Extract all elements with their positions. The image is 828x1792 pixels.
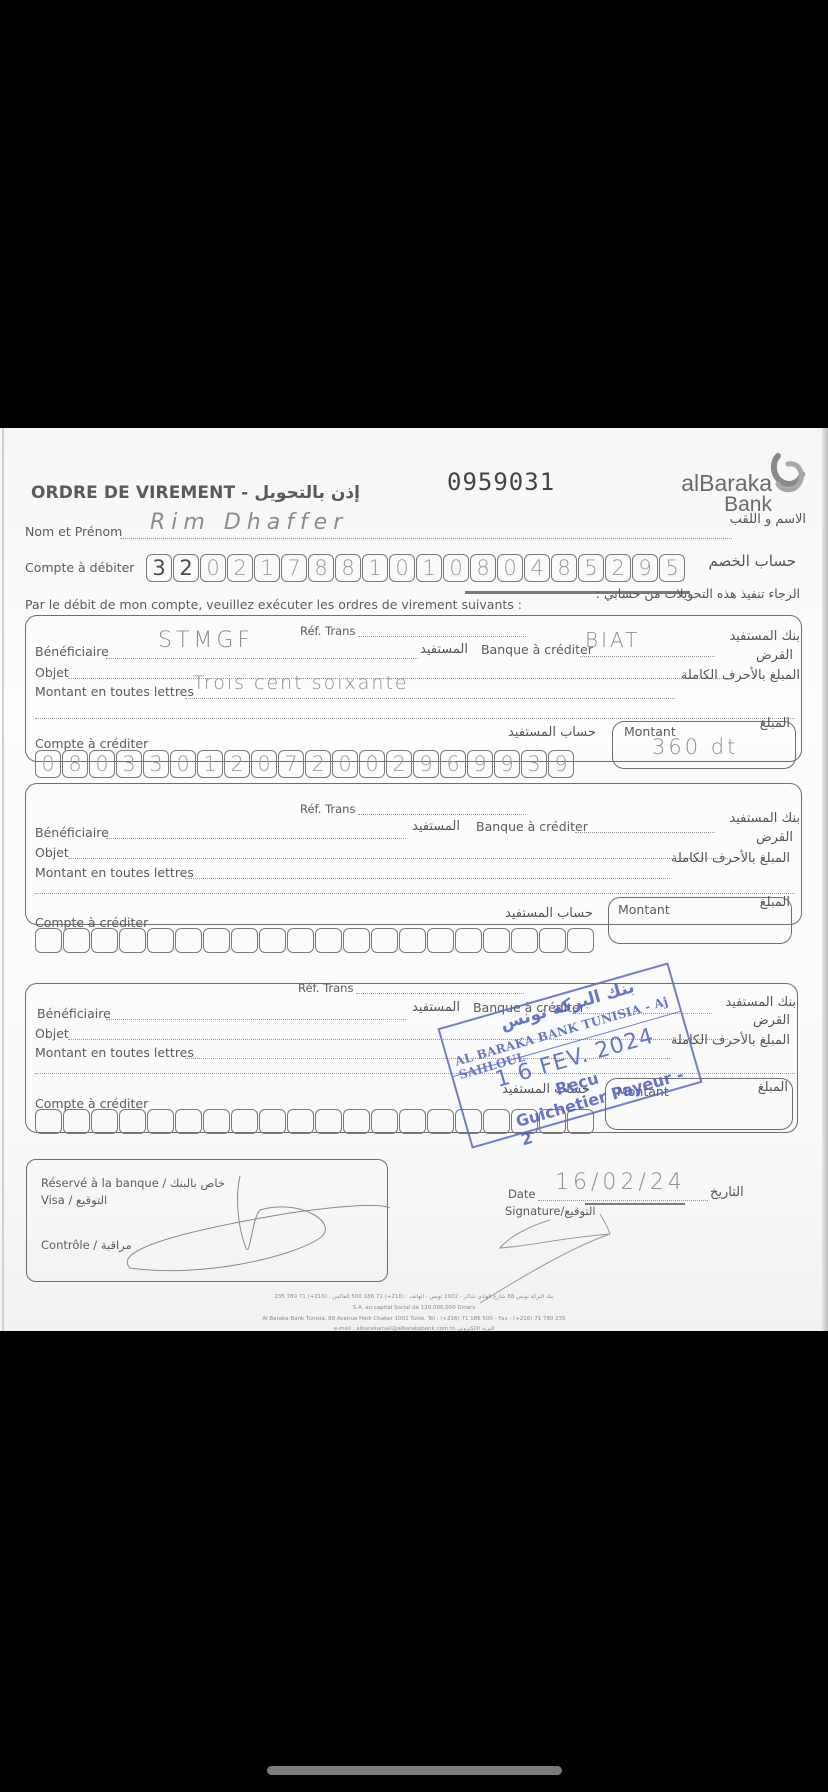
form-title: ORDRE DE VIREMENT - إذن بالتحويل [31,483,360,503]
digit-box: 0 [35,750,61,778]
digit-box [287,928,314,953]
digit-box: 9 [467,750,493,778]
digit-box: 8 [335,554,361,582]
amount-words-label-ar-2: المبلغ بالأحرف الكاملة [671,851,790,866]
credit-account-label-1: Compte à créditer [35,736,148,751]
digit-box: 1 [254,554,280,582]
bank-label-1: Banque à créditer [481,642,593,657]
digit-box [399,928,426,953]
albaraka-logo-icon [770,452,806,496]
name-label-ar: الاسم و اللقب [730,512,806,527]
ref-trans-label-1: Réf. Trans [300,624,355,638]
beneficiary-label-3: Bénéficiaire [37,1006,111,1021]
digit-box: 8 [62,750,88,778]
digit-box: 1 [416,554,442,582]
scanned-transfer-order: ORDRE DE VIREMENT - إذن بالتحويل 0959031… [0,428,828,1331]
digit-box [147,1109,174,1134]
digit-box: 1 [197,750,223,778]
amount-words-line2-2 [35,893,795,894]
digit-box: 5 [578,554,604,582]
ref-trans-line-2 [358,814,526,815]
amount-words-line-1 [185,698,675,699]
digit-box: 3 [146,554,172,582]
digit-box: 2 [386,750,412,778]
bank-label-ar-1: بنك المستفيد [729,629,800,644]
digit-box: 5 [659,554,685,582]
beneficiary-line-1 [106,658,418,659]
object-label-3: Objet [35,1026,69,1041]
digit-box: 8 [470,554,496,582]
digit-box [175,1109,202,1134]
ref-trans-line-3 [356,993,524,994]
date-label-ar: التاريخ [710,1185,744,1200]
digit-box: 2 [305,750,331,778]
digit-box [315,928,342,953]
beneficiary-line-2 [106,838,406,839]
beneficiary-label-ar-1: المستفيد [420,642,468,657]
credit-account-boxes-1: 08033012072002969939 [35,750,574,778]
beneficiary-label-ar-2: المستفيد [412,819,460,834]
digit-box: 2 [227,554,253,582]
debit-account-label: Compte à débiter [25,560,134,575]
credit-account-label-ar-2: حساب المستفيد [505,906,593,921]
digit-box [203,928,230,953]
client-signature [470,1208,640,1308]
form-title-fr: ORDRE DE VIREMENT - [31,483,248,503]
amount-words-line-2 [185,878,670,879]
bank-line-1 [580,656,715,657]
digit-box [483,928,510,953]
digit-box: 2 [173,554,199,582]
digit-box: 8 [551,554,577,582]
digit-box [371,1109,398,1134]
digit-box: 0 [170,750,196,778]
beneficiary-label-2: Bénéficiaire [35,825,109,840]
amount-words-line2-1 [35,718,795,719]
footer-line-2: S.A. au capital Social de 120.000.000 Di… [0,1305,828,1311]
digit-box [343,1109,370,1134]
digit-box [147,928,174,953]
amount-label-2: Montant [618,902,670,917]
object-label-2: Objet [35,845,69,860]
amount-words-label-2: Montant en toutes lettres [35,865,194,880]
digit-box: 0 [497,554,523,582]
visa-signature [120,1168,400,1278]
digit-box [427,928,454,953]
digit-box: 0 [359,750,385,778]
digit-box [231,928,258,953]
digit-box: 7 [281,554,307,582]
digit-box [343,928,370,953]
footer-line-4: e-mail : albarakamail@albarakabank.com.t… [0,1326,828,1331]
digit-box [399,1109,426,1134]
digit-box: 0 [200,554,226,582]
digit-box [175,928,202,953]
form-title-ar: إذن بالتحويل [254,483,360,503]
date-underline [585,1203,685,1205]
digit-box: 9 [632,554,658,582]
digit-box: 0 [443,554,469,582]
digit-box [63,1109,90,1134]
object-label-1: Objet [35,665,69,680]
bank-label-ar-3: بنك المستفيد [725,995,796,1010]
control-label: Contrôle / مراقبة [41,1238,132,1252]
ref-trans-label-3: Réf. Trans [298,981,353,995]
digit-box: 2 [605,554,631,582]
digit-box: 7 [278,750,304,778]
beneficiary-line-3 [106,1019,406,1020]
bank-line-2 [575,832,715,833]
beneficiary-label-ar-3: المستفيد [412,1000,460,1015]
digit-box: 8 [308,554,334,582]
digit-box: 0 [251,750,277,778]
amount-words-value-1: Trois cent soixante [193,672,409,694]
digit-box: 1 [362,554,388,582]
digit-box [539,928,566,953]
digit-box [35,1109,62,1134]
amount-words-label-1: Montant en toutes lettres [35,684,194,699]
digit-box [259,928,286,953]
digit-box [315,1109,342,1134]
date-line [538,1200,708,1201]
serial-number: 0959031 [447,468,555,496]
credit-account-label-ar-1: حساب المستفيد [508,725,596,740]
amount-label-ar-1: المبلغ [760,716,790,731]
digit-box: 3 [143,750,169,778]
digit-box [427,1109,454,1134]
digit-box: 9 [494,750,520,778]
page-edge [2,428,4,1331]
digit-box [511,928,538,953]
amount-label-ar-2: المبلغ [760,895,790,910]
date-label: Date [508,1187,536,1201]
bank-label-ar-2: بنك المستفيد [729,811,800,826]
digit-box [371,928,398,953]
footer-line-3: Al Baraka Bank Tunisia, 88 Avenue Hédi C… [0,1316,828,1322]
digit-box: 3 [521,750,547,778]
amount-words-label-ar-1: المبلغ بالأحرف الكاملة [681,668,800,683]
credit-account-boxes-2 [35,928,594,953]
digit-box [91,928,118,953]
beneficiary-value-1: STMGF [158,628,254,653]
digit-box: 2 [224,750,250,778]
digit-box: 9 [548,750,574,778]
instruction-fr: Par le débit de mon compte, veuillez exé… [25,597,522,612]
digit-box [455,928,482,953]
digit-box [203,1109,230,1134]
digit-box [35,928,62,953]
digit-box: 3 [116,750,142,778]
visa-label: Visa / التوقيع [41,1193,107,1207]
beneficiary-label-1: Bénéficiaire [35,644,109,659]
digit-box [119,928,146,953]
digit-box: 9 [413,750,439,778]
debit-account-boxes: 32021788101080485295 [146,554,685,582]
digit-box [119,1109,146,1134]
digit-box: 6 [440,750,466,778]
date-value: 16/02/24 [555,1170,686,1195]
object-label-ar-3: القرض [753,1013,790,1028]
digit-box [567,928,594,953]
bank-logo-text: alBaraka Bank [681,472,772,516]
object-label-ar-2: القرض [756,830,793,845]
instruction-ar: الرجاء تنفيذ هذه التحويلات من حسابي : [596,586,800,601]
digit-box: 0 [332,750,358,778]
digit-box: 0 [89,750,115,778]
ref-trans-label-2: Réf. Trans [300,802,355,816]
digit-box [231,1109,258,1134]
footer-line-1: بنك البركة تونس 88 شارع الهادي شاكر - 10… [0,1294,828,1300]
amount-label-ar-3: المبلغ [758,1080,788,1095]
object-line-2 [68,858,728,859]
debit-account-label-ar: حساب الخصم [708,552,796,570]
name-handwritten: Rim Dhaffer [150,510,348,535]
amount-value-1: 360 dt [652,735,738,759]
digit-box [91,1109,118,1134]
ref-trans-line-1 [358,636,526,637]
digit-box [63,928,90,953]
bank-label-2: Banque à créditer [476,819,588,834]
bank-value-1: BIAT [585,628,640,652]
digit-box: 0 [389,554,415,582]
name-label: Nom et Prénom [25,524,122,539]
home-indicator[interactable] [267,1766,562,1775]
digit-box [287,1109,314,1134]
digit-box [259,1109,286,1134]
amount-words-label-3: Montant en toutes lettres [35,1045,194,1060]
digit-box: 4 [524,554,550,582]
object-label-ar-1: القرض [756,648,793,663]
name-dotted-line [120,538,732,539]
